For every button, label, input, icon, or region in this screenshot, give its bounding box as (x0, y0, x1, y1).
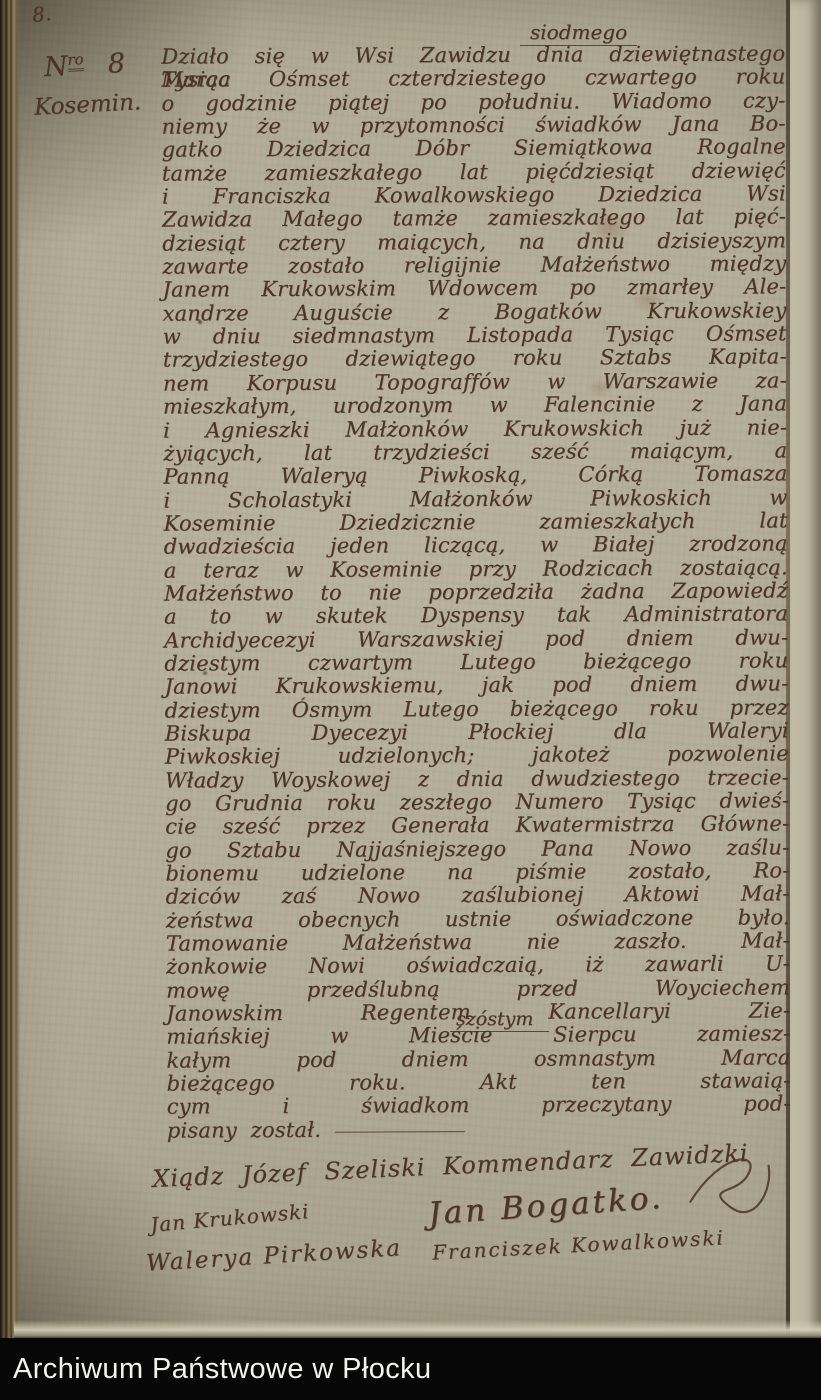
record-number: Nro8 (43, 48, 126, 83)
manuscript-line: cym i świadkom przeczytany pod- (167, 1093, 791, 1120)
record-body: Działo się w Wsi Zawidzu dnia dziewiętna… (161, 42, 791, 1142)
signature-flourish-icon (682, 1139, 783, 1237)
archival-scan: 8. Nro8 Kosemin. siodmego szóstym Działo… (0, 0, 821, 1400)
page-bottom-edge (14, 1320, 821, 1338)
record-number-label: N (43, 51, 68, 83)
record-number-label-superscript: ro (67, 50, 84, 72)
archive-footer-bar: Archiwum Państwowe w Płocku (0, 1338, 821, 1400)
archive-watermark: Archiwum Państwowe w Płocku (13, 1353, 432, 1386)
record-number-value: 8 (107, 48, 126, 80)
manuscript-line: pisany został. (167, 1116, 791, 1143)
folio-number: 8. (31, 1, 52, 27)
adjacent-page-edge (790, 0, 821, 1338)
book-binding-edge (0, 0, 20, 1338)
